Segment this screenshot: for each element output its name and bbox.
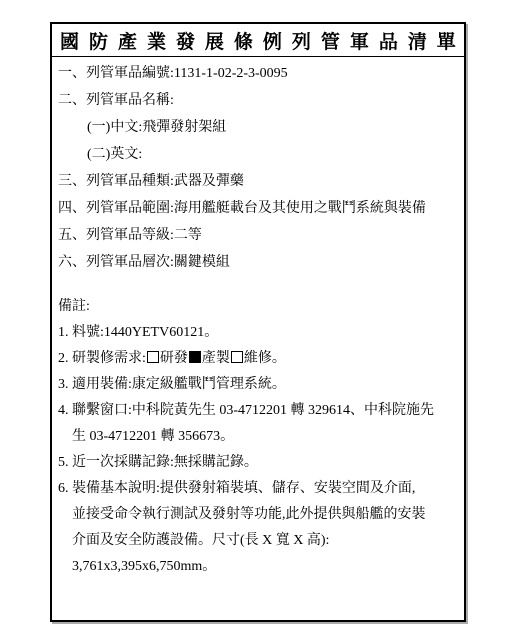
title-char: 發 [176, 27, 195, 54]
title-char: 防 [89, 27, 108, 54]
title-char: 展 [205, 27, 224, 54]
note-line: 4. 聯繫窗口:中科院黃先生 03-4712201 轉 329614、中科院施先 [58, 398, 459, 424]
note-line: 2. 研製修需求:研發產製維修。 [58, 346, 459, 372]
note-line: 並接受命令執行測試及發射等功能,此外提供與船艦的安裝 [58, 502, 459, 528]
list-item: 六、列管軍品層次:關鍵模組 [58, 249, 459, 276]
checkbox-option-label: 研發 [160, 351, 188, 366]
list-item: 三、列管軍品種類:武器及彈藥 [58, 168, 459, 195]
list-item: 二、列管軍品名稱: [58, 87, 459, 114]
title-char: 產 [118, 27, 137, 54]
title-char: 單 [437, 27, 456, 54]
title-char: 品 [379, 27, 398, 54]
list-item: (一)中文:飛彈發射架組 [58, 114, 459, 141]
note-line: 5. 近一次採購記錄:無採購記錄。 [58, 450, 459, 476]
title-char: 清 [408, 27, 427, 54]
note-line: 1. 料號:1440YETV60121。 [58, 320, 459, 346]
main-items: 一、列管軍品編號:1131-1-02-2-3-0095二、列管軍品名稱:(一)中… [58, 60, 459, 276]
checkbox-checked-icon [189, 351, 201, 363]
document-title: 國防產業發展條例列管軍品清單 [52, 24, 464, 57]
note-line: 介面及安全防護設備。尺寸(長 X 寬 X 高): [58, 528, 459, 554]
checkbox-unchecked-icon [147, 351, 159, 363]
list-item: 一、列管軍品編號:1131-1-02-2-3-0095 [58, 60, 459, 87]
checkbox-unchecked-icon [231, 351, 243, 363]
note-line: 3. 適用裝備:康定級艦戰鬥管理系統。 [58, 372, 459, 398]
title-char: 軍 [350, 27, 369, 54]
checkbox-option-label: 產製 [202, 351, 230, 366]
note-line: 3,761x3,395x6,750mm。 [58, 554, 459, 580]
note-line: 生 03-4712201 轉 356673。 [58, 424, 459, 450]
list-item: 五、列管軍品等級:二等 [58, 222, 459, 249]
note-line-prefix: 2. 研製修需求: [58, 351, 146, 366]
notes-heading: 備註: [58, 294, 459, 320]
document-body: 一、列管軍品編號:1131-1-02-2-3-0095二、列管軍品名稱:(一)中… [52, 57, 464, 580]
title-char: 條 [234, 27, 253, 54]
title-char: 管 [321, 27, 340, 54]
notes-lines: 1. 料號:1440YETV60121。2. 研製修需求:研發產製維修。3. 適… [58, 320, 459, 580]
list-item: 四、列管軍品範圍:海用艦艇載台及其使用之戰鬥系統與裝備 [58, 195, 459, 222]
title-char: 國 [60, 27, 79, 54]
note-line-suffix: 。 [272, 351, 286, 366]
title-char: 列 [292, 27, 311, 54]
list-item: (二)英文: [58, 141, 459, 168]
note-line: 6. 裝備基本說明:提供發射箱裝填、儲存、安裝空間及介面, [58, 476, 459, 502]
document-frame: 國防產業發展條例列管軍品清單 一、列管軍品編號:1131-1-02-2-3-00… [50, 22, 466, 622]
title-char: 例 [263, 27, 282, 54]
checkbox-option-label: 維修 [244, 351, 272, 366]
title-char: 業 [147, 27, 166, 54]
